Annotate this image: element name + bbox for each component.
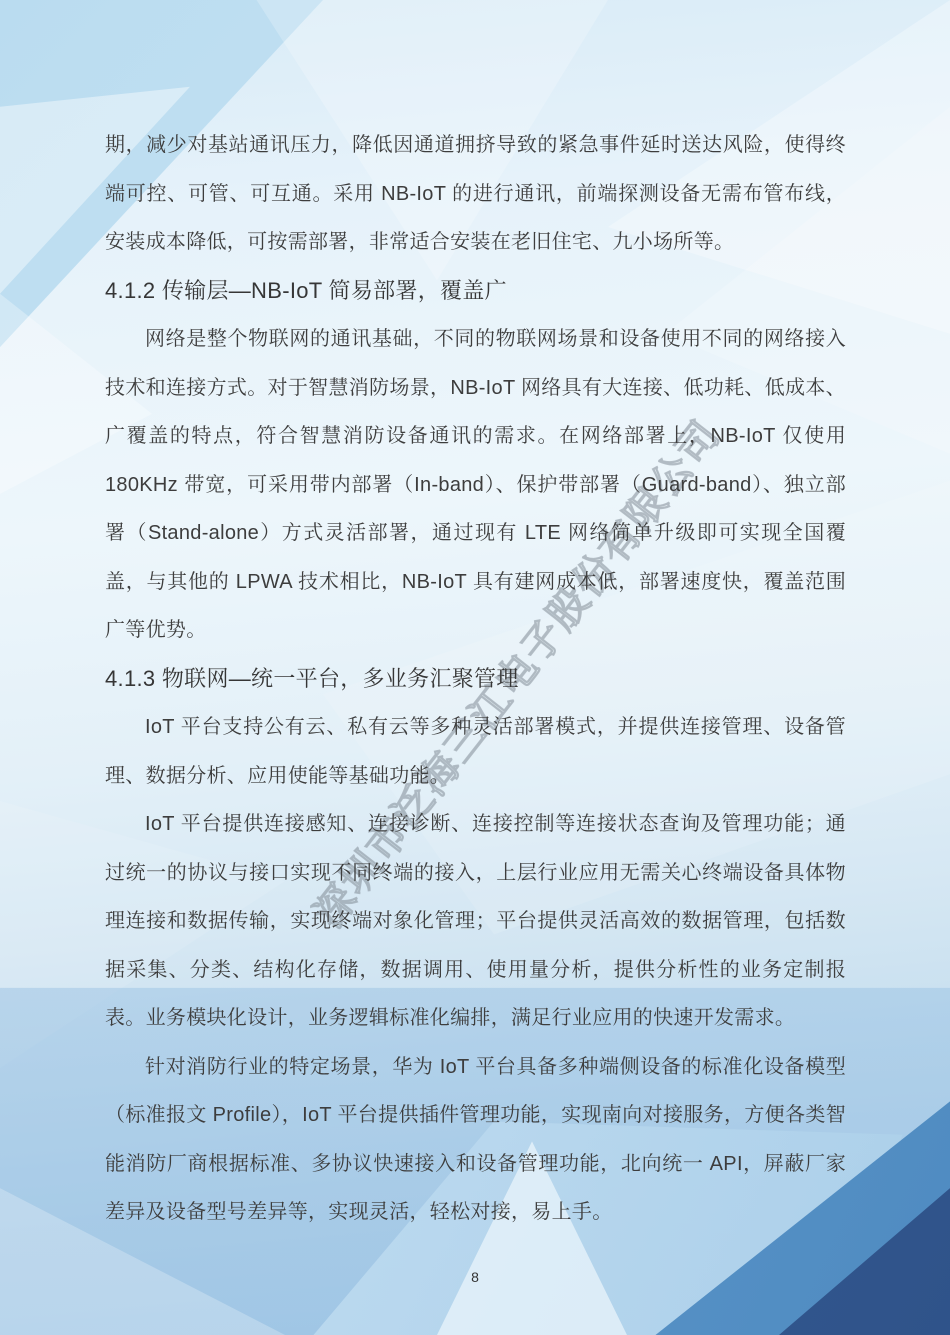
- paragraph-continuation: 期，减少对基站通讯压力，降低因通道拥挤导致的紧急事件延时送达风险，使得终端可控、…: [105, 121, 846, 267]
- document-page: 深圳市泛海三江电子股份有限公司 期，减少对基站通讯压力，降低因通道拥挤导致的紧急…: [0, 0, 950, 1335]
- paragraph-network-layer: 网络是整个物联网的通讯基础，不同的物联网场景和设备使用不同的网络接入技术和连接方…: [105, 315, 846, 655]
- paragraph-iot-platform-overview: IoT 平台支持公有云、私有云等多种灵活部署模式，并提供连接管理、设备管理、数据…: [105, 703, 846, 800]
- paragraph-fire-industry-scenario: 针对消防行业的特定场景，华为 IoT 平台具备多种端侧设备的标准化设备模型（标准…: [105, 1043, 846, 1237]
- page-content: 期，减少对基站通讯压力，降低因通道拥挤导致的紧急事件延时送达风险，使得终端可控、…: [105, 121, 846, 1237]
- paragraph-iot-platform-functions: IoT 平台提供连接感知、连接诊断、连接控制等连接状态查询及管理功能；通过统一的…: [105, 800, 846, 1043]
- section-heading-4-1-3: 4.1.3 物联网—统一平台，多业务汇聚管理: [105, 655, 846, 704]
- section-heading-4-1-2: 4.1.2 传输层—NB-IoT 简易部署，覆盖广: [105, 267, 846, 316]
- page-number: 8: [0, 1269, 950, 1285]
